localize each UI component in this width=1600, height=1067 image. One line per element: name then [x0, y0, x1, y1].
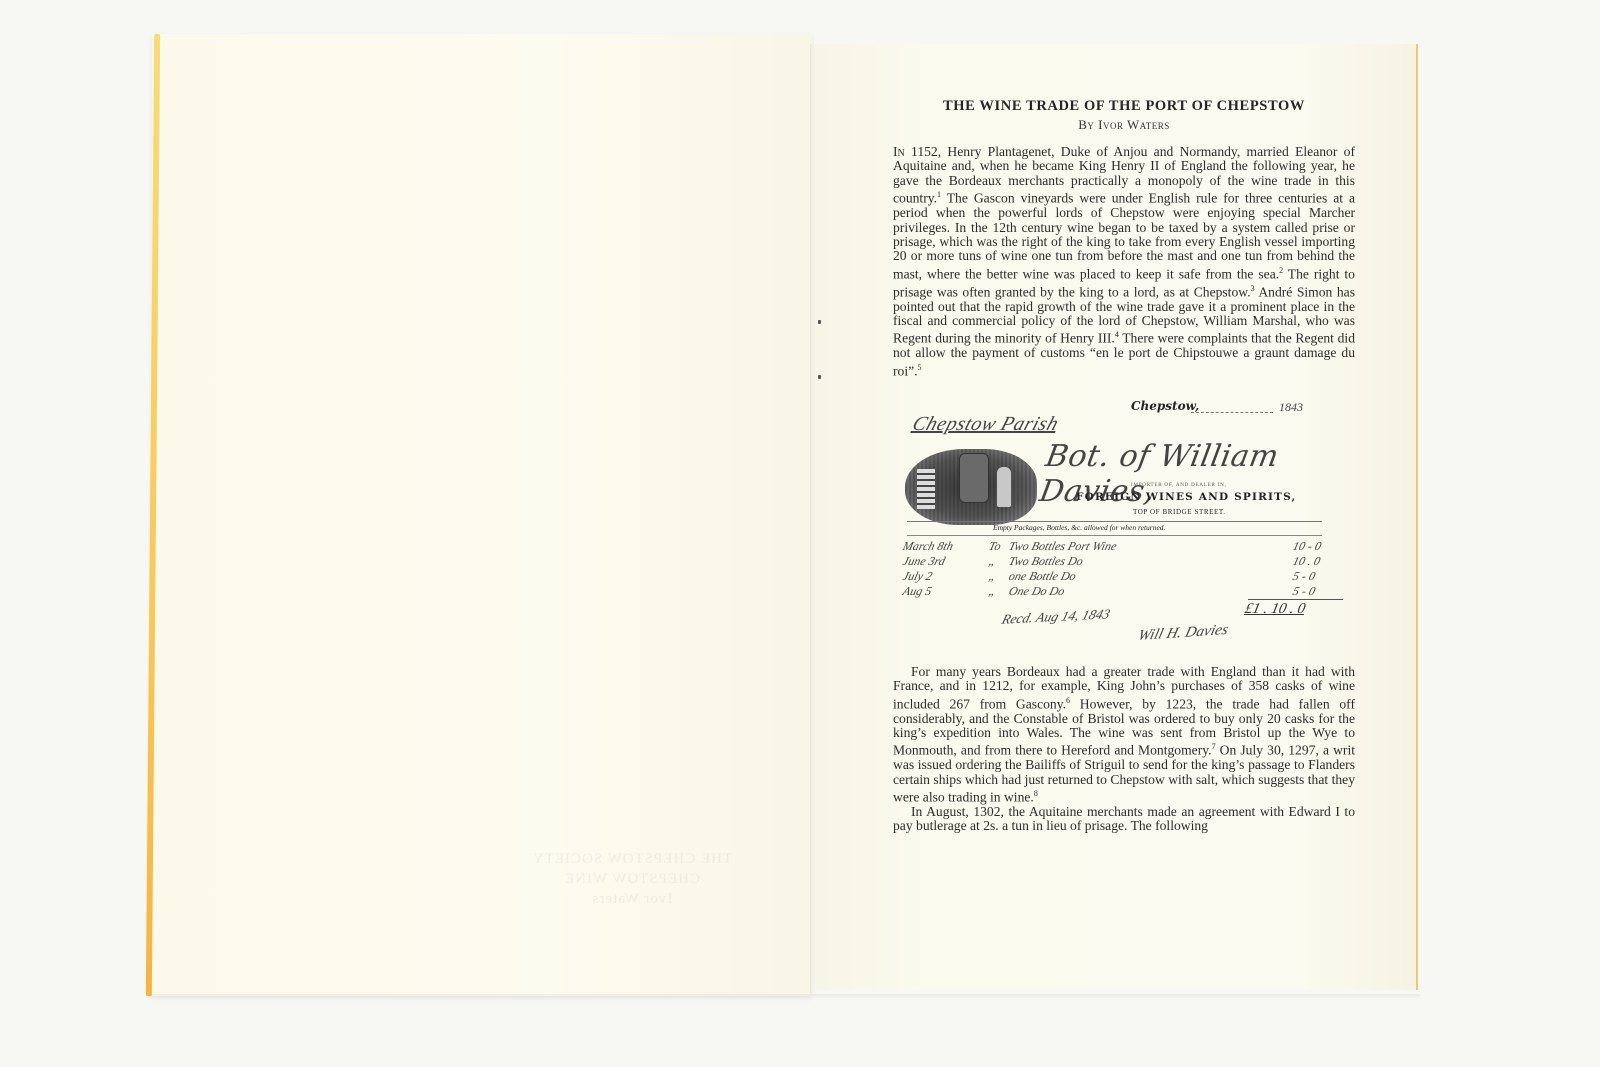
invoice-signature: Will H. Davies	[1136, 622, 1230, 645]
invoice-customer: Chepstow Parish	[909, 413, 1061, 436]
book-gutter	[810, 44, 812, 994]
footnote-ref: 8	[1034, 789, 1038, 798]
paragraph-1: In 1152, Henry Plantagenet, Duke of Anjo…	[893, 145, 1355, 379]
left-page-blank: THE CHEPSTOW SOCIETY CHEPSTOW WINE Ivor …	[152, 34, 812, 996]
footnote-ref: 5	[918, 363, 922, 372]
invoice-rows: March 8th To Two Bottles Port Wine 10 - …	[903, 539, 1353, 599]
invoice-row: July 2 „ one Bottle Do 5 - 0	[901, 569, 1355, 584]
row-date: March 8th	[901, 539, 955, 554]
row-to: „	[987, 569, 997, 584]
row-to: „	[987, 584, 997, 599]
row-amount: 5 - 0	[1291, 569, 1317, 584]
barrel-icon	[959, 453, 989, 503]
barrel-stack-icon	[917, 469, 935, 509]
invoice-illustration: Chepstow, 1843 Chepstow Parish Bot. of W…	[893, 399, 1358, 649]
row-amount: 5 - 0	[1291, 584, 1317, 599]
row-item: Two Bottles Port Wine	[1007, 539, 1118, 554]
invoice-row: Aug 5 „ One Do Do 5 - 0	[901, 584, 1355, 599]
invoice-total: £1 . 10 . 0	[1243, 601, 1307, 618]
staple	[818, 375, 821, 379]
article: THE WINE TRADE OF THE PORT OF CHEPSTOW B…	[893, 98, 1355, 834]
invoice-year: 1843	[1279, 400, 1303, 415]
row-item: Two Bottles Do	[1007, 554, 1085, 569]
invoice-date-line	[1191, 412, 1273, 413]
row-amount: 10 - 0	[1291, 539, 1323, 554]
invoice-received: Recd. Aug 14, 1843	[1000, 606, 1112, 628]
invoice-trade: FOREIGN WINES AND SPIRITS,	[1076, 491, 1296, 503]
cellarman-figure-icon	[997, 467, 1011, 507]
divider	[907, 535, 1322, 536]
invoice-town: Chepstow,	[1131, 399, 1199, 413]
bleed-through-text: THE CHEPSTOW SOCIETY CHEPSTOW WINE Ivor …	[492, 849, 772, 909]
row-date: July 2	[901, 569, 934, 584]
bleed-line: CHEPSTOW WINE	[492, 869, 772, 889]
bleed-line: THE CHEPSTOW SOCIETY	[492, 849, 772, 869]
invoice-importers: IMPORTER OF, AND DEALER IN,	[1131, 483, 1227, 488]
right-page-edge	[1416, 44, 1418, 990]
invoice-row: March 8th To Two Bottles Port Wine 10 - …	[901, 539, 1355, 554]
row-amount: 10 . 0	[1291, 554, 1322, 569]
divider	[907, 521, 1322, 522]
invoice-empty-note: Empty Packages, Bottles, &c. allowed for…	[993, 523, 1165, 532]
page-shadow	[150, 994, 1420, 1000]
row-date: Aug 5	[901, 584, 933, 599]
invoice-row: June 3rd „ Two Bottles Do 10 . 0	[901, 554, 1355, 569]
invoice-street: TOP OF BRIDGE STREET.	[1133, 508, 1226, 516]
paragraph-3: In August, 1302, the Aquitaine merchants…	[893, 805, 1355, 834]
dropcap: In	[893, 144, 905, 159]
bleed-line: Ivor Waters	[492, 889, 772, 909]
row-to: To	[987, 539, 1002, 554]
row-to: „	[987, 554, 997, 569]
article-byline: By Ivor Waters	[893, 117, 1355, 133]
paragraph-2: For many years Bordeaux had a greater tr…	[893, 665, 1355, 805]
wine-cellar-engraving-icon	[905, 449, 1037, 525]
row-item: one Bottle Do	[1007, 569, 1077, 584]
staple	[818, 320, 821, 324]
total-rule	[1248, 599, 1343, 600]
paragraph-text: In August, 1302, the Aquitaine merchants…	[893, 804, 1355, 833]
row-item: One Do Do	[1007, 584, 1066, 599]
article-title: THE WINE TRADE OF THE PORT OF CHEPSTOW	[893, 98, 1355, 115]
row-date: June 3rd	[901, 554, 947, 569]
